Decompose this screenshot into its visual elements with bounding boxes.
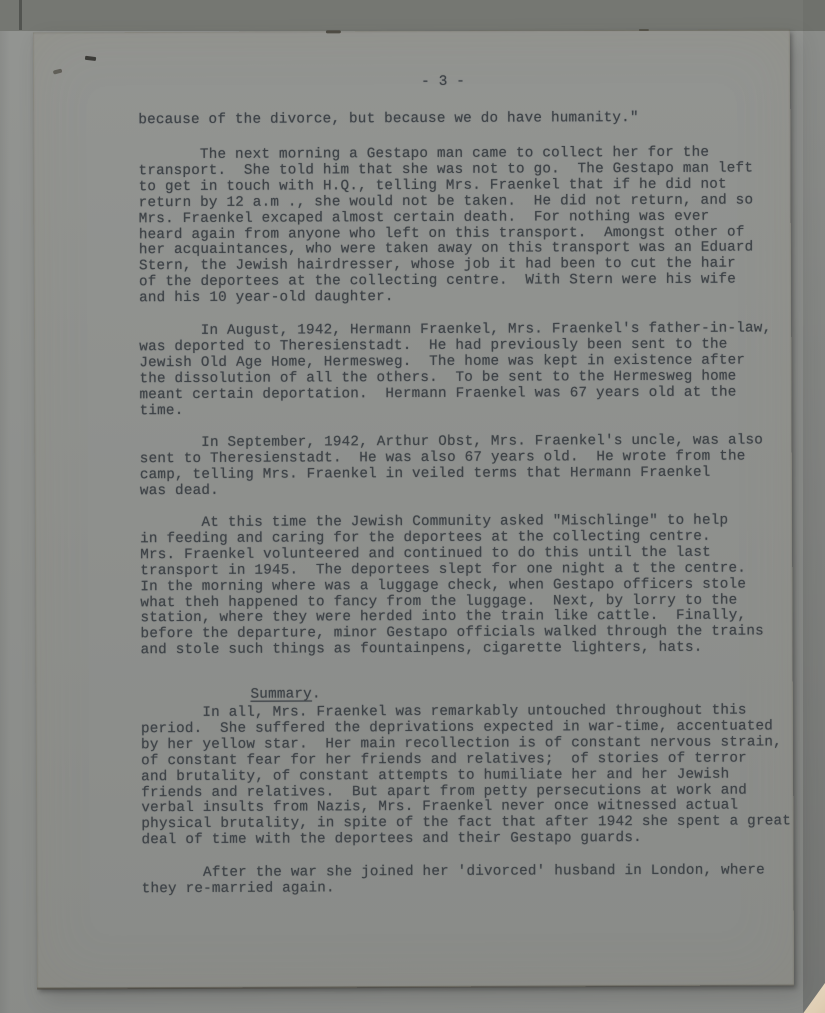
- paragraph-summary-body: In all, Mrs. Fraenkel was remarkably unt…: [141, 703, 791, 849]
- page-number: - 3 -: [421, 75, 465, 91]
- backdrop-seam-line: [19, 0, 22, 30]
- scan-background: - 3 - because of the divorce, but becaus…: [0, 0, 825, 1013]
- paragraph-arthur-obst: In September, 1942, Arthur Obst, Mrs. Fr…: [140, 433, 764, 499]
- paragraph-gestapo-transport: The next morning a Gestapo man came to c…: [138, 146, 753, 308]
- backdrop-right-shade: [803, 0, 825, 1013]
- summary-heading-period: .: [312, 686, 321, 702]
- paper-edge-nick: [639, 29, 649, 31]
- paragraph-continuation: because of the divorce, but because we d…: [138, 111, 639, 129]
- pencil-dash-mark: [85, 56, 96, 61]
- summary-heading-label: Summary: [250, 686, 312, 702]
- document-page: - 3 - because of the divorce, but becaus…: [33, 29, 794, 988]
- paper-edge-shadow: [37, 984, 794, 989]
- pencil-dot-mark: [53, 69, 63, 75]
- backdrop-top-strip: [0, 0, 825, 31]
- paper-edge-nick: [326, 30, 341, 33]
- paragraph-hermann-fraenkel: In August, 1942, Hermann Fraenkel, Mrs. …: [139, 321, 772, 419]
- paragraph-jewish-community: At this time the Jewish Community asked …: [140, 513, 764, 659]
- paragraph-after-the-war: After the war she joined her 'divorced' …: [142, 863, 765, 898]
